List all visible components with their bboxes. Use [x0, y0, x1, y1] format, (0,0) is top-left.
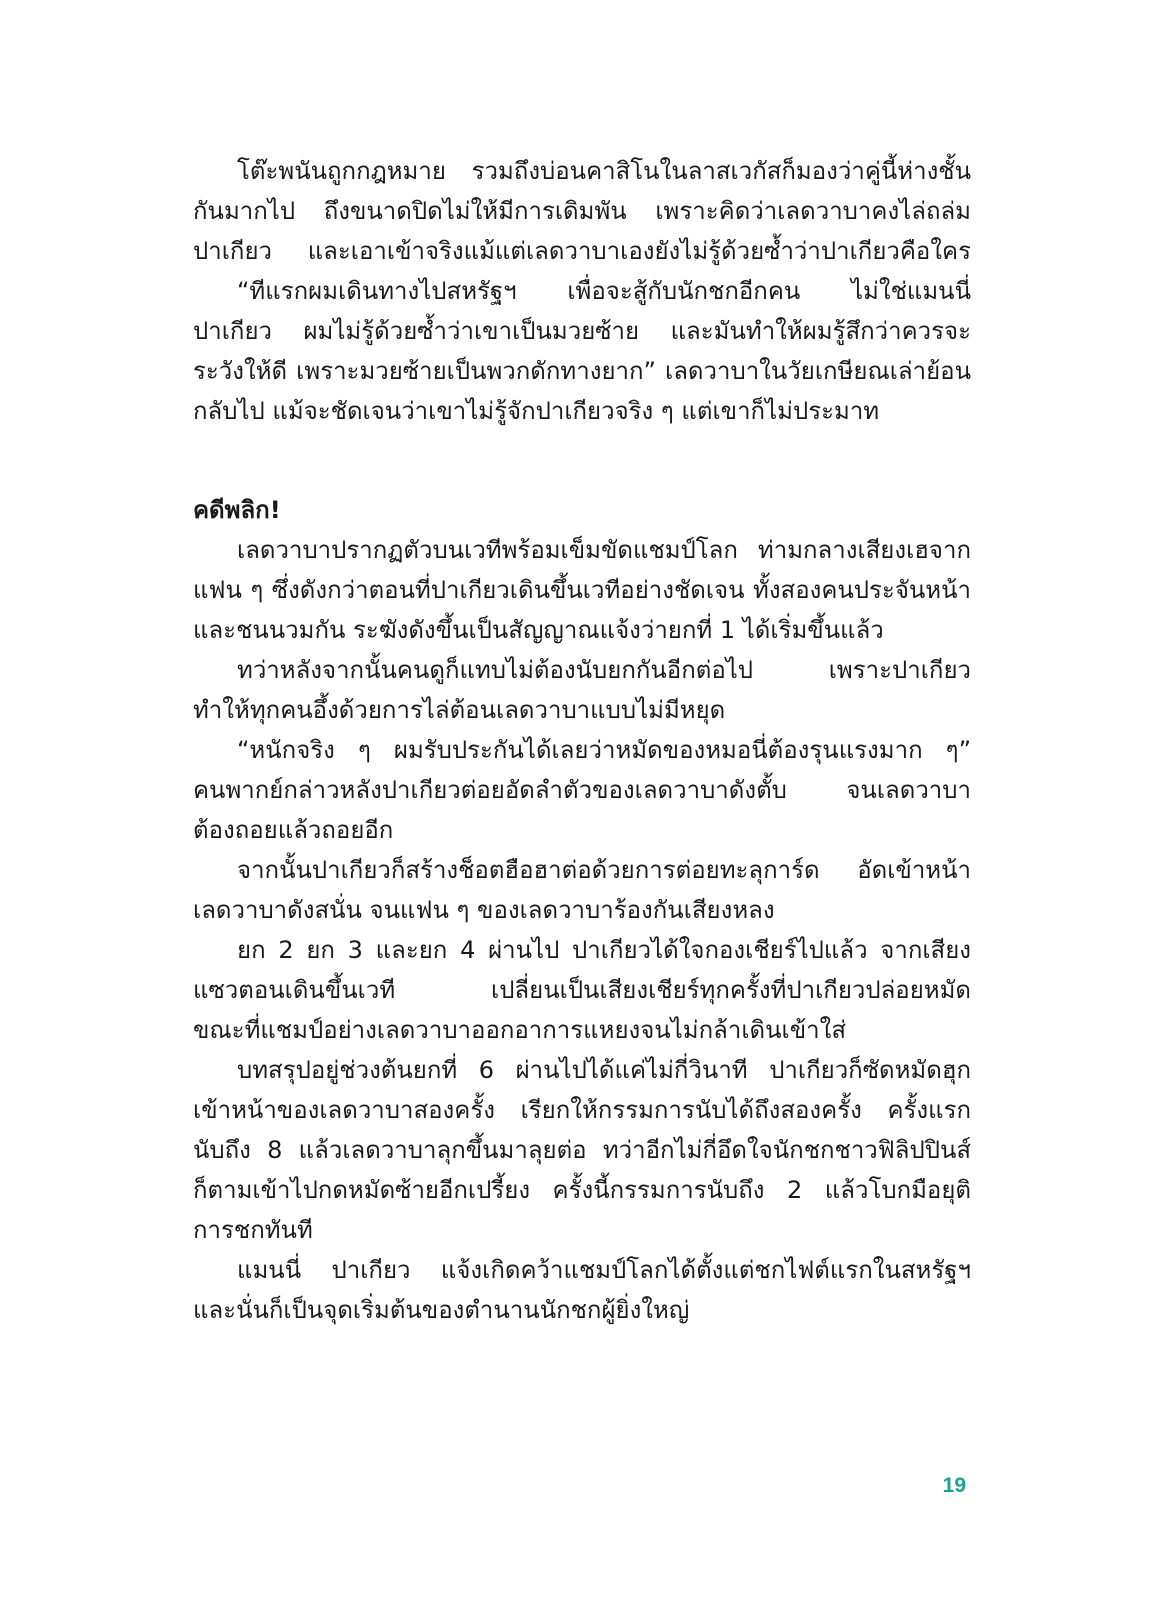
paragraph-line: แฟน ๆ ซึ่งดังกว่าตอนที่ปาเกียวเดินขึ้นเว… [193, 570, 971, 610]
paragraph-line: บทสรุปอยู่ช่วงต้นยกที่ 6 ผ่านไปได้แค่ไม่… [193, 1050, 971, 1090]
paragraph-line: ปาเกียว และเอาเข้าจริงแม้แต่เลดวาบาเองยั… [193, 231, 971, 271]
paragraph-line: โต๊ะพนันถูกกฎหมาย รวมถึงบ่อนคาสิโนในลาสเ… [193, 151, 971, 191]
paragraph-line: กลับไป แม้จะชัดเจนว่าเขาไม่รู้จักปาเกียว… [193, 391, 971, 431]
paragraph-line: เข้าหน้าของเลดวาบาสองครั้ง เรียกให้กรรมก… [193, 1090, 971, 1130]
paragraph-line: การชกทันที [193, 1210, 971, 1250]
section-1-body: โต๊ะพนันถูกกฎหมาย รวมถึงบ่อนคาสิโนในลาสเ… [193, 151, 971, 431]
paragraph-line: เลดวาบาปรากฏตัวบนเวทีพร้อมเข็มขัดแชมป์โล… [193, 530, 971, 570]
paragraph-line: แมนนี่ ปาเกียว แจ้งเกิดคว้าแชมป์โลกได้ตั… [193, 1250, 971, 1290]
paragraph-line: นับถึง 8 แล้วเลดวาบาลุกขึ้นมาลุยต่อ ทว่า… [193, 1130, 971, 1170]
paragraph-line: ยก 2 ยก 3 และยก 4 ผ่านไป ปาเกียวได้ใจกอง… [193, 930, 971, 970]
section-heading: คดีพลิก! [193, 490, 281, 530]
paragraph-line: แซวตอนเดินขึ้นเวที เปลี่ยนเป็นเสียงเชียร… [193, 970, 971, 1010]
paragraph-line: ก็ตามเข้าไปกดหมัดซ้ายอีกเปรี้ยง ครั้งนี้… [193, 1170, 971, 1210]
paragraph-line: ต้องถอยแล้วถอยอีก [193, 810, 971, 850]
paragraph-line: จากนั้นปาเกียวก็สร้างช็อตฮือฮาต่อด้วยการ… [193, 850, 971, 890]
paragraph-line: ทำให้ทุกคนอึ้งด้วยการไล่ต้อนเลดวาบาแบบไม… [193, 690, 971, 730]
paragraph-line: คนพากย์กล่าวหลังปาเกียวต่อยอัดลำตัวของเล… [193, 770, 971, 810]
paragraph-line: ปาเกียว ผมไม่รู้ด้วยซ้ำว่าเขาเป็นมวยซ้าย… [193, 311, 971, 351]
paragraph-line: “ทีแรกผมเดินทางไปสหรัฐฯ เพื่อจะสู้กับนัก… [193, 271, 971, 311]
section-2-body: เลดวาบาปรากฏตัวบนเวทีพร้อมเข็มขัดแชมป์โล… [193, 530, 971, 1330]
paragraph-line: “หนักจริง ๆ ผมรับประกันได้เลยว่าหมัดของห… [193, 730, 971, 770]
paragraph-line: ระวังให้ดี เพราะมวยซ้ายเป็นพวกดักทางยาก”… [193, 351, 971, 391]
paragraph-line: ทว่าหลังจากนั้นคนดูก็แทบไม่ต้องนับยกกันอ… [193, 650, 971, 690]
paragraph-line: กันมากไป ถึงขนาดปิดไม่ให้มีการเดิมพัน เพ… [193, 191, 971, 231]
book-page: โต๊ะพนันถูกกฎหมาย รวมถึงบ่อนคาสิโนในลาสเ… [0, 0, 1151, 1621]
paragraph-line: และชนนวมกัน ระฆังดังขึ้นเป็นสัญญาณแจ้งว่… [193, 610, 971, 650]
page-number: 19 [943, 1474, 966, 1498]
paragraph-line: และนั่นก็เป็นจุดเริ่มต้นของตำนานนักชกผู้… [193, 1290, 971, 1330]
paragraph-line: ขณะที่แชมป์อย่างเลดวาบาออกอาการแหยงจนไม่… [193, 1010, 971, 1050]
paragraph-line: เลดวาบาดังสนั่น จนแฟน ๆ ของเลดวาบาร้องกั… [193, 890, 971, 930]
